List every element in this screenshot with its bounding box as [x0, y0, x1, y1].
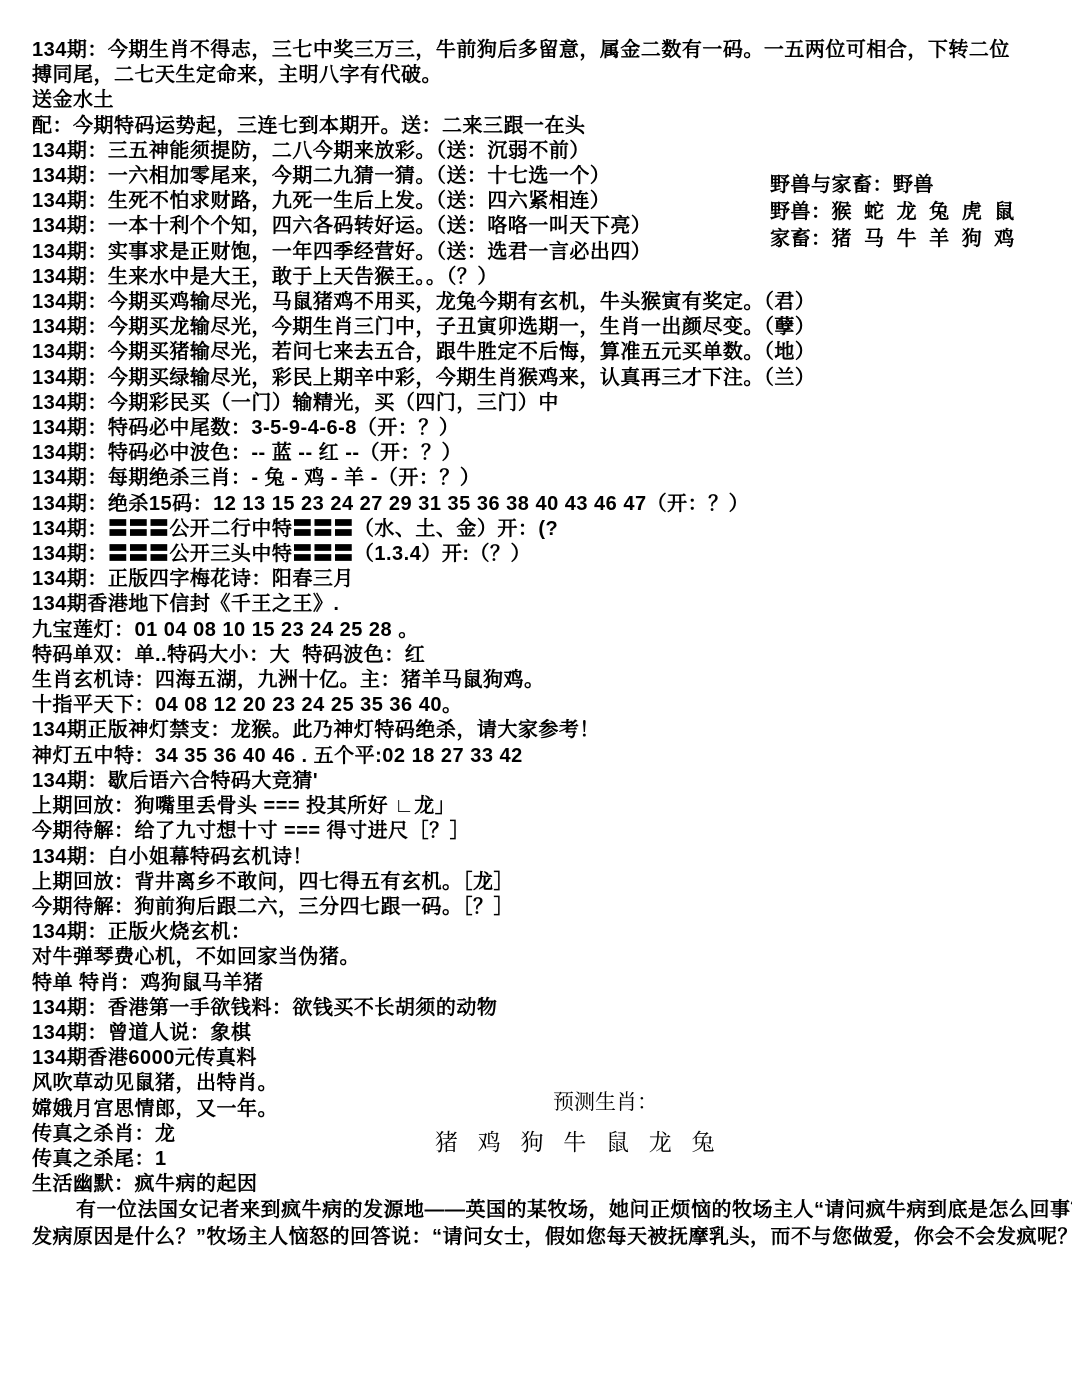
- text-line: 134期：今期买猪输尽光，若问七来去五合，跟牛胜定不后悔，算准五元买单数。（地）: [32, 340, 1052, 365]
- text-line: 134期：正版火烧玄机：: [32, 920, 1052, 945]
- text-line: 134期：特码必中波色：-- 蓝 -- 红 --（开：？）: [32, 441, 1052, 466]
- text-line: 134期：每期绝杀三肖：- 兔 - 鸡 - 羊 -（开：？）: [32, 466, 1052, 491]
- text-line: 134期香港6000元传真料: [32, 1046, 1052, 1071]
- text-line: 送金水土: [32, 88, 1052, 113]
- prediction-zodiac-label: 预测生肖：: [553, 1086, 658, 1116]
- text-line: 今期待解：狗前狗后跟二六，三分四七跟一码。［？］: [32, 895, 1052, 920]
- text-line: 特单 特肖：鸡狗鼠马羊猪: [32, 971, 1052, 996]
- text-line: 对牛弹琴费心机，不如回家当伪猪。: [32, 945, 1052, 970]
- text-line: 今期待解：给了九寸想十寸 === 得寸进尺［？］: [32, 819, 1052, 844]
- text-line: 嫦娥月宫思情郎，又一年。: [32, 1097, 1052, 1122]
- text-line: 配：今期特码运势起，三连七到本期开。送：二来三跟一在头: [32, 114, 1052, 139]
- humor-paragraph-line-2: 发病原因是什么？”牧场主人恼怒的回答说：“请问女士，假如您每天被抚摩乳头，而不与…: [32, 1224, 1052, 1251]
- text-line: 神灯五中特：34 35 36 40 46 . 五个平:02 18 27 33 4…: [32, 744, 1052, 769]
- text-line: 134期：曾道人说：象棋: [32, 1021, 1052, 1046]
- text-line: 134期：今期买龙输尽光，今期生肖三门中，子丑寅卯选期一，生肖一出颜尽变。（孽）: [32, 315, 1052, 340]
- humor-paragraph-line-1: 有一位法国女记者来到疯牛病的发源地——英国的某牧场，她问正烦恼的牧场主人“请问疯…: [32, 1197, 1052, 1224]
- text-line: 134期：歇后语六合特码大竞猜': [32, 769, 1052, 794]
- text-line: 134期：生来水中是大王，敢于上天告猴王。。（？）: [32, 265, 1052, 290]
- text-line: 134期：〓〓〓公开三头中特〓〓〓（1.3.4）开:（？）: [32, 542, 1052, 567]
- text-line: 生肖玄机诗：四海五湖，九洲十亿。主：猪羊马鼠狗鸡。: [32, 668, 1052, 693]
- wild-animals-list: 野兽：猴 蛇 龙 兔 虎 鼠: [770, 199, 1015, 226]
- text-line: 十指平天下：04 08 12 20 23 24 25 35 36 40。: [32, 693, 1052, 718]
- text-line: 特码单双：单..特码大小：大 特码波色：红: [32, 643, 1052, 668]
- text-line: 134期：香港第一手欲钱料：欲钱买不长胡须的动物: [32, 996, 1052, 1021]
- text-line: 134期：白小姐幕特码玄机诗！: [32, 845, 1052, 870]
- text-line: 134期：绝杀15码：12 13 15 23 24 27 29 31 35 36…: [32, 492, 1052, 517]
- beast-domestic-title: 野兽与家畜：野兽: [770, 172, 1015, 199]
- text-line: 134期：今期彩民买（一门）输精光，买（四门，三门）中: [32, 391, 1052, 416]
- text-line: 134期：今期买鸡输尽光，马鼠猪鸡不用买，龙兔今期有玄机，牛头猴寅有奖定。（君）: [32, 290, 1052, 315]
- text-line: 134期正版神灯禁支：龙猴。此乃神灯特码绝杀，请大家参考！: [32, 718, 1052, 743]
- text-line: 上期回放：背井离乡不敢问，四七得五有玄机。［龙］: [32, 870, 1052, 895]
- text-line: 134期：三五神能须提防，二八今期来放彩。（送：沉弱不前）: [32, 139, 1052, 164]
- text-line: 九宝莲灯：01 04 08 10 15 23 24 25 28 。: [32, 618, 1052, 643]
- beast-domestic-panel: 野兽与家畜：野兽 野兽：猴 蛇 龙 兔 虎 鼠 家畜：猪 马 牛 羊 狗 鸡: [770, 172, 1015, 253]
- text-line: 134期：正版四字梅花诗：阳春三月: [32, 567, 1052, 592]
- text-line: 134期：〓〓〓公开二行中特〓〓〓（水、土、金）开：(?: [32, 517, 1052, 542]
- text-line: 134期：特码必中尾数：3-5-9-4-6-8（开：？）: [32, 416, 1052, 441]
- text-line: 134期香港地下信封《千王之王》.: [32, 592, 1052, 617]
- prediction-zodiac-animals: 猪 鸡 狗 牛 鼠 龙 兔: [435, 1124, 716, 1157]
- text-line: 上期回放：狗嘴里丢骨头 === 投其所好 ∟龙」: [32, 794, 1052, 819]
- text-line: 134期：今期生肖不得志，三七中奖三万三，牛前狗后多留意，属金二数有一码。一五两…: [32, 38, 1052, 63]
- text-line: 生活幽默：疯牛病的起因: [32, 1172, 1052, 1197]
- lottery-tip-sheet: 134期：今期生肖不得志，三七中奖三万三，牛前狗后多留意，属金二数有一码。一五两…: [0, 0, 1072, 1388]
- domestic-animals-list: 家畜：猪 马 牛 羊 狗 鸡: [770, 226, 1015, 253]
- text-line: 134期：今期买绿输尽光，彩民上期辛中彩，今期生肖猴鸡来，认真再三才下注。（兰）: [32, 366, 1052, 391]
- text-line: 搏同尾，二七天生定命来，主明八字有代破。: [32, 63, 1052, 88]
- text-line: 风吹草动见鼠猪，出特肖。: [32, 1071, 1052, 1096]
